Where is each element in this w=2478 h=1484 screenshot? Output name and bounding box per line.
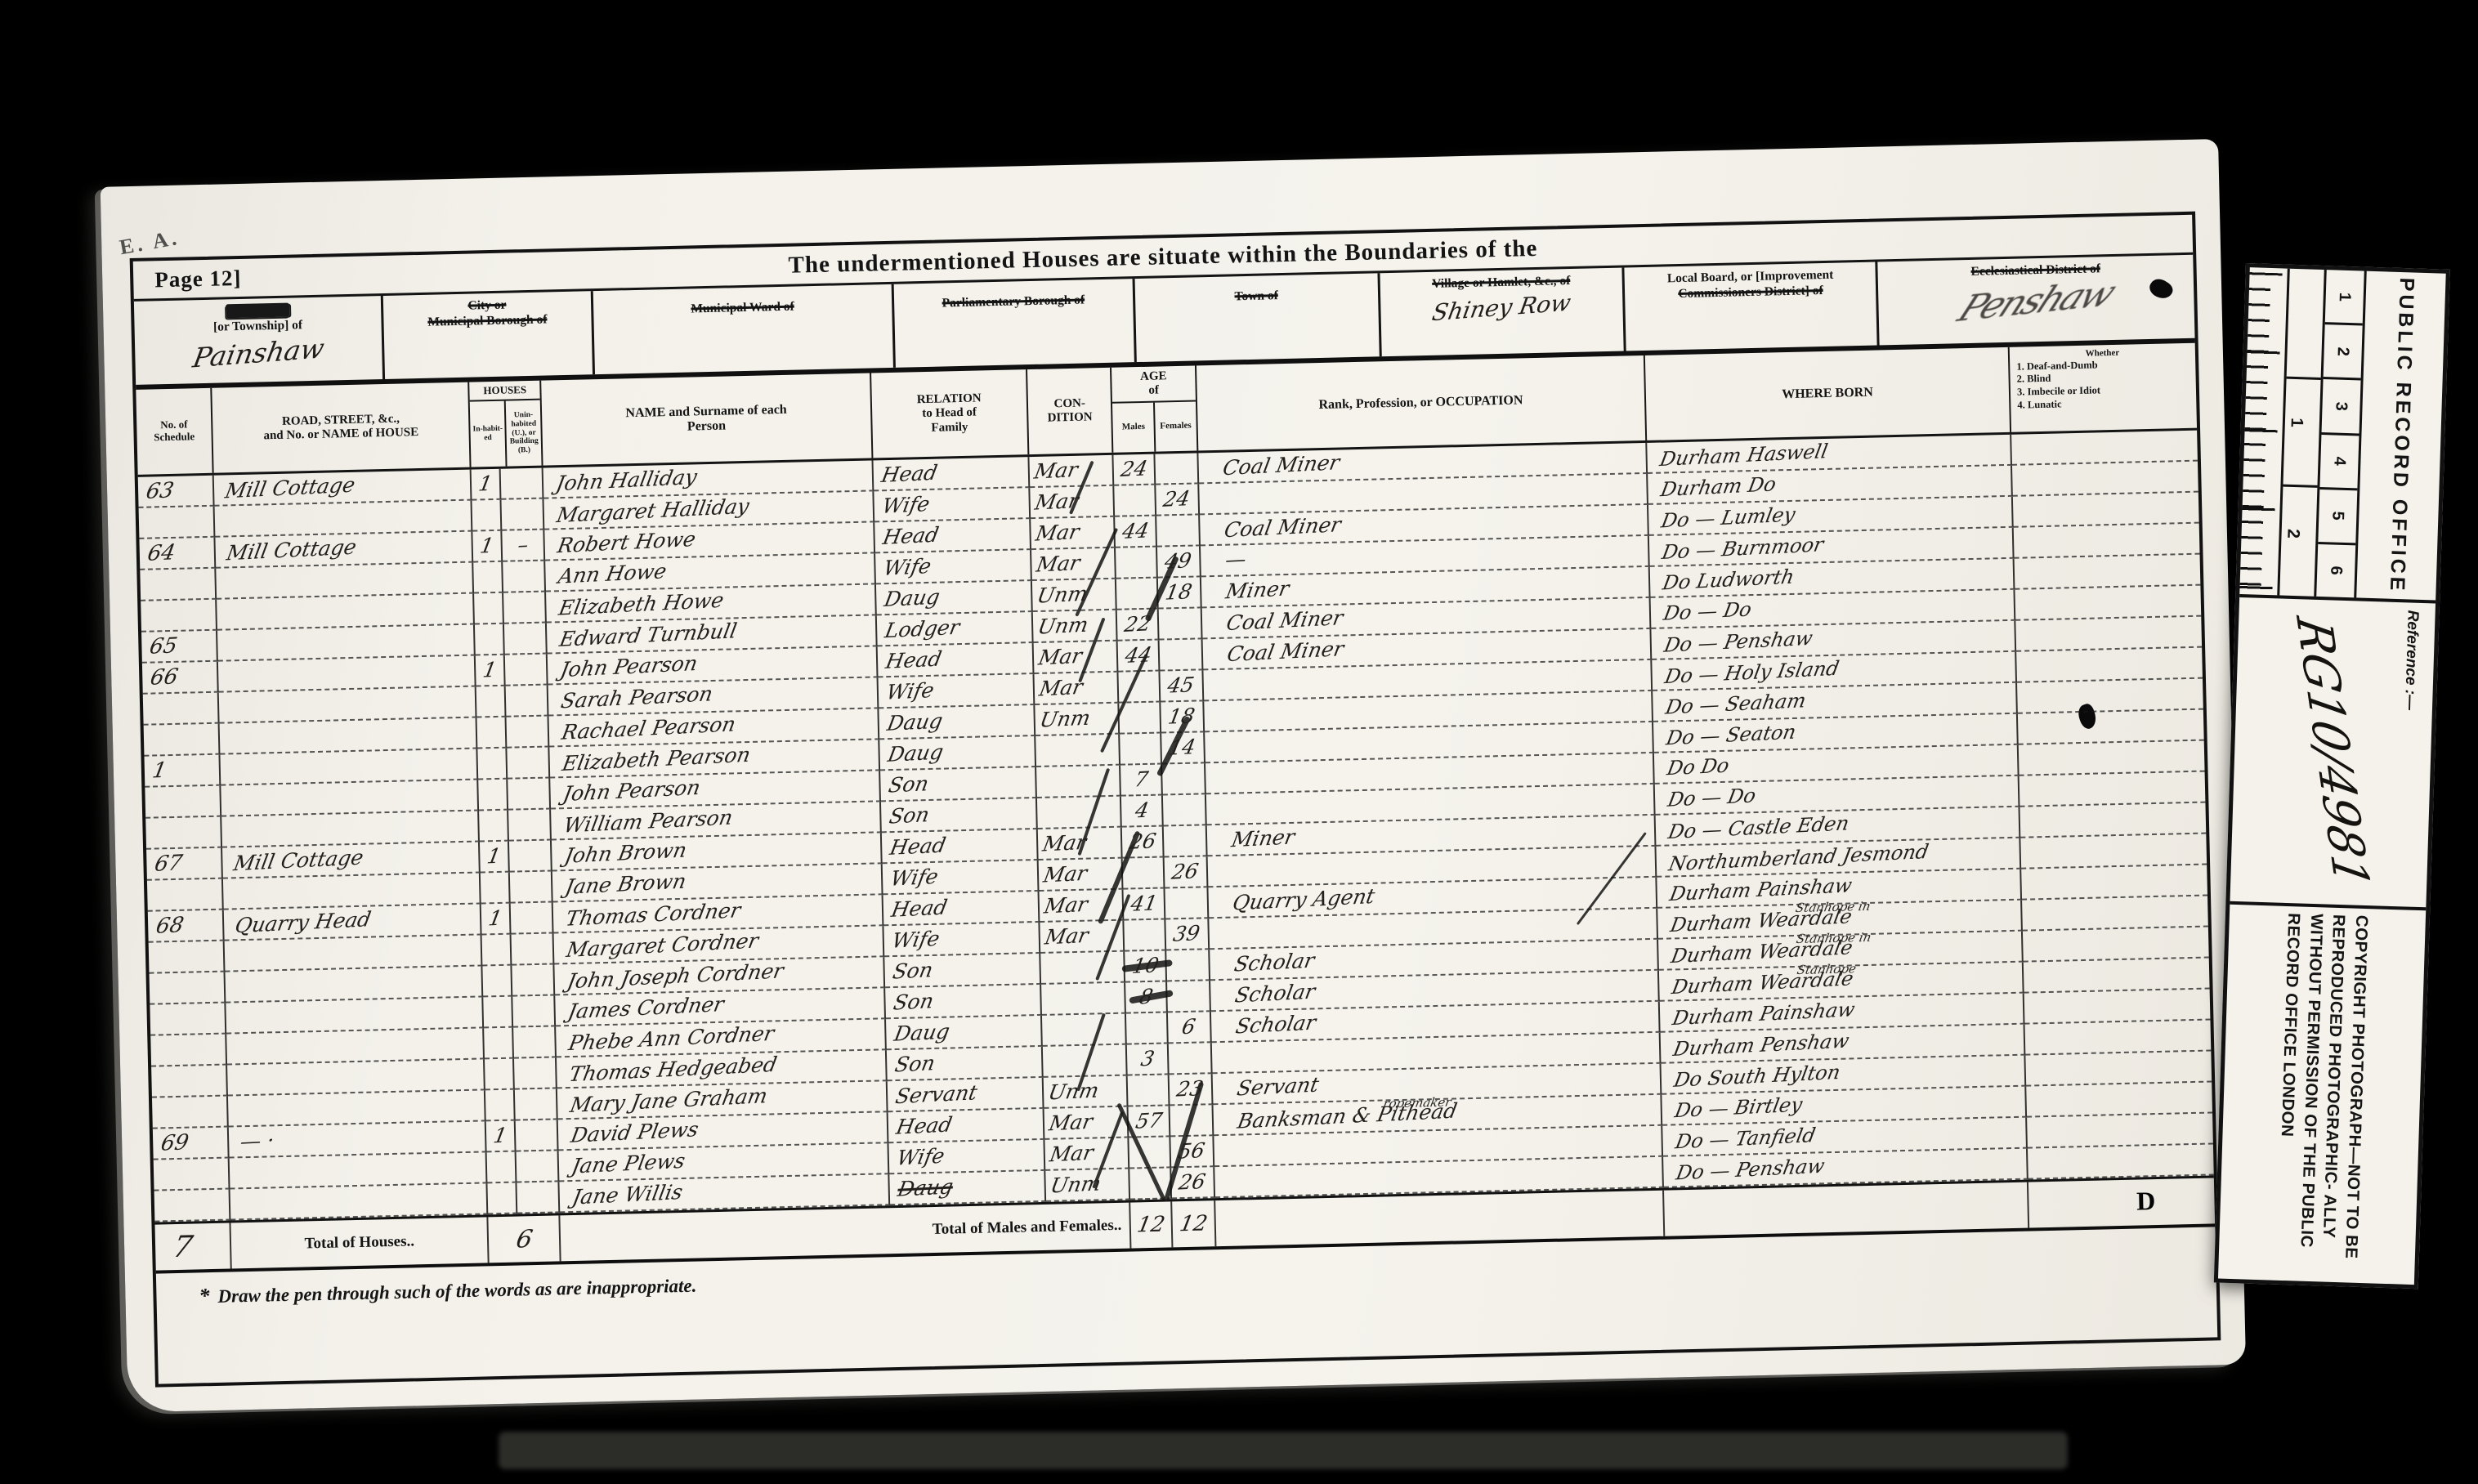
cell-condition: Mar [1030,455,1115,488]
cell-schedule-number [150,972,226,1005]
cell-age-male: 41 [1124,888,1165,920]
struck-label: City or [467,298,506,313]
cell-disability [2016,648,2203,683]
reference-section: Reference :— RG10/4981 [2230,597,2436,910]
cell-condition: Mar [1045,1138,1130,1171]
cell-uninhabited [517,1182,561,1214]
cell-age-male [1119,672,1161,704]
cell-uninhabited [515,1120,559,1151]
cell-disability [2015,555,2201,590]
header-box-parliamentary-borough: Parliamentary Borough of [893,279,1136,368]
cell-schedule-number [152,1097,229,1129]
cell-disability [2017,679,2203,714]
col-label: Schedule [154,431,195,444]
cell-disability [2020,803,2207,838]
cell-relation: Head [881,829,1038,864]
cell-disability [2013,493,2199,528]
reference-label: Reference :— [2398,610,2421,774]
cell-inhabited: 1 [476,655,505,687]
cell-age-female: 26 [1171,1167,1215,1199]
cell-relation: Servant [887,1078,1044,1112]
cell-disability [2022,896,2208,932]
cell-age-male: 22 [1117,610,1159,641]
cell-age-female [1170,1105,1214,1137]
cell-age-male: 4 [1121,796,1163,828]
cell-age-female [1167,981,1211,1012]
cell-uninhabited [512,995,557,1027]
cell-age-female: 56 [1170,1136,1214,1168]
cell-age-female [1156,515,1201,547]
totals-males-value: 12 [1131,1201,1174,1248]
cell-disability [2020,772,2206,807]
cell-disability [2018,710,2204,745]
struck-label: Municipal Borough of [427,312,547,329]
scan-edge-band [499,1432,2068,1469]
cell-age-male: 10 [1125,950,1167,982]
cell-disability [2028,1144,2214,1179]
cell-age-female: 39 [1165,919,1210,950]
col-header-where-born: WHERE BORN [1645,347,2011,440]
cell-schedule-number [140,569,217,601]
cell-age-male: 24 [1114,454,1156,486]
col-header-houses-group: HOUSES In-habit-ed Unin-habited (U.), or… [469,381,543,467]
cell-schedule-number: 65 [141,631,218,664]
cell-condition: Unm [1044,1076,1129,1109]
cell-condition: Unm [1033,610,1118,643]
header-box-local-board: Local Board, or [Improvement Commissione… [1625,261,1880,351]
cell-relation: Son [886,1047,1043,1081]
cell-uninhabited [507,748,551,780]
cell-age-male [1123,857,1165,889]
header-label: [or Township] of [213,318,302,333]
cell-uninhabited [500,468,544,500]
cell-uninhabited [505,686,549,717]
cell-uninhabited [504,655,548,686]
cell-relation: Son [885,985,1042,1019]
d-ink-mark: D [2136,1186,2156,1217]
inch-number: 1 [2287,418,2306,427]
col-header-occupation: Rank, Profession, or OCCUPATION [1197,355,1648,450]
col-label: CON- [1053,396,1085,411]
col-header-uninhabited: Unin-habited (U.), or Building (B.) [506,400,542,467]
cell-age-female: 24 [1156,484,1200,516]
cell-relation: Wife [882,860,1039,895]
cell-disability [2015,586,2202,621]
cell-uninhabited [514,1057,558,1089]
cell-inhabited [477,717,507,749]
cell-inhabited [488,1183,517,1215]
cell-age-male: 7 [1120,765,1162,797]
cell-uninhabited [503,592,548,624]
cell-uninhabited [511,933,555,965]
col-header-name: NAME and Surname of each Person [542,373,873,465]
cell-inhabited [485,1090,515,1122]
cm-cell: 3 [2321,379,2360,436]
pro-office-label: PUBLIC RECORD OFFICE [2384,276,2418,596]
cell-condition [1037,797,1122,829]
totals-blank-born [1664,1182,2029,1236]
ink-blob [2146,275,2176,303]
cm-cell: 1 [2325,270,2364,326]
cell-age-male [1129,1137,1171,1169]
cell-disability [2023,927,2209,963]
cell-age-female: 14 [1161,732,1205,764]
cell-uninhabited [508,809,552,841]
col-header-age-group: AGE of Males Females [1112,365,1198,452]
totals-females-value: 12 [1172,1200,1216,1247]
cell-age-male: 57 [1129,1106,1170,1138]
cell-condition: Mar [1039,859,1124,892]
inch-divider [2287,377,2321,380]
cell-inhabited: 1 [472,469,501,501]
cell-relation: Son [884,954,1041,988]
cell-disability [2019,741,2205,776]
cell-uninhabited [508,778,552,810]
cell-disability [2025,1020,2212,1055]
cell-age-female: 23 [1169,1074,1213,1106]
cell-age-male [1128,1075,1170,1106]
cell-relation: Wife [878,674,1035,708]
cell-relation: Son [881,798,1038,833]
cell-uninhabited [508,840,552,872]
pro-office-label-column: PUBLIC RECORD OFFICE [2354,271,2446,601]
cell-disability [2026,1082,2212,1117]
cell-inhabited [475,624,504,656]
col-label: WHERE BORN [1782,385,1873,402]
cell-schedule-number: 1 [144,755,221,788]
cell-age-male: 26 [1122,826,1164,858]
cell-uninhabited [514,1088,558,1120]
cell-relation: Wife [883,923,1040,957]
cell-condition [1040,952,1125,985]
cell-age-female: 49 [1157,546,1201,578]
cell-schedule-number [144,724,221,757]
parish-handwritten-value: Painshaw [190,333,327,374]
cell-condition [1043,1045,1128,1078]
struck-label: Civil Parish [226,303,290,319]
cell-uninhabited: – [502,530,546,562]
col-header-condition: CON- DITION [1027,368,1114,454]
cell-disability [2021,865,2207,901]
col-label: to Head of [922,406,977,422]
cell-schedule-number: 67 [146,848,223,881]
cell-inhabited [474,593,503,625]
inch-number: 2 [2283,529,2302,539]
cell-uninhabited [503,624,548,655]
cell-inhabited [478,780,508,811]
cell-uninhabited [510,902,554,934]
cell-relation: Wife [888,1140,1045,1174]
cm-cell: 2 [2324,324,2363,381]
cell-age-male: 3 [1127,1044,1169,1075]
cell-inhabited [476,686,506,718]
cell-inhabited: 1 [480,842,509,874]
col-label: of [1148,384,1159,399]
cell-condition: Mar [1040,921,1125,954]
cell-relation: Head [888,1109,1044,1143]
cell-inhabited: 1 [486,1121,516,1153]
col-label: Whether [2086,348,2120,360]
col-label: 1. Deaf-and-Dumb [2016,359,2100,373]
cell-schedule-number [154,1190,231,1223]
cell-condition: Unm [1032,579,1117,612]
col-label: and No. or NAME of HOUSE [263,426,418,444]
cell-schedule-number [139,507,216,539]
cell-schedule-number [147,879,224,912]
cell-uninhabited [512,964,556,996]
inch-divider [2283,485,2317,488]
header-box-ecclesiastical-district: Ecclesiastical District of Penshaw [1878,255,2195,346]
cell-relation: Head [873,457,1030,491]
col-label: 4. Lunatic [2017,397,2100,412]
cell-age-female [1169,1043,1213,1075]
cell-uninhabited [503,561,547,593]
col-label: Person [687,419,727,435]
page-number-label: Page 12] [154,265,242,292]
cell-inhabited [481,873,510,905]
cell-schedule-number [149,941,226,974]
totals-schedule-count: 7 [154,1223,231,1271]
cell-inhabited [484,997,513,1029]
col-label: HOUSES [483,384,526,397]
cell-inhabited [473,562,503,594]
cell-relation: Daug [879,705,1035,740]
cell-disability [2012,462,2198,497]
cell-inhabited: 1 [473,531,503,563]
cell-condition [1035,735,1120,767]
cell-age-male [1116,548,1157,579]
footnote-asterisk: * [199,1284,210,1307]
reference-handwritten-value: RG10/4981 [2284,614,2381,892]
cell-condition [1042,1014,1127,1047]
col-header-inhabited: In-habit-ed [470,401,508,467]
cell-uninhabited [506,717,550,749]
cell-age-female [1162,763,1206,795]
cell-condition: Unm [1035,704,1120,736]
cell-relation: Son [880,767,1037,802]
col-label: RELATION [917,392,982,408]
cell-disability [2024,959,2210,994]
col-label: Family [931,420,968,435]
cell-schedule-number: 66 [142,662,219,695]
cell-relation: Wife [875,550,1032,584]
cell-condition [1036,766,1121,798]
cell-age-male: 44 [1118,641,1160,673]
header-box-civil-parish: Civil Parish [or Township] of Painshaw [134,296,385,385]
cell-inhabited [482,935,512,967]
cell-age-female [1159,608,1203,640]
cell-age-female [1155,453,1199,485]
struck-label: Town of [1234,288,1278,303]
col-header-road: ROAD, STREET, &c., and No. or NAME of HO… [212,382,472,473]
cell-age-female: 18 [1161,701,1205,733]
col-label: Rank, Profession, or OCCUPATION [1318,393,1523,413]
cell-schedule-number [141,600,217,632]
cell-disability [2011,431,2198,466]
cell-age-female [1159,639,1203,671]
cell-age-female: 45 [1160,670,1204,702]
cell-inhabited [483,966,512,998]
cell-age-male: 8 [1126,981,1168,1013]
cell-disability [2027,1113,2213,1148]
copyright-text: COPYRIGHT PHOTOGRAPH—NOT TO BE REPRODUCE… [2271,912,2373,1266]
cell-age-male [1125,919,1166,951]
totals-houses-label: Total of Houses.. [231,1217,490,1268]
header-box-town: Town of [1134,273,1381,362]
cell-inhabited [472,500,502,532]
struck-label: Village or Hamlet, &c., of [1432,274,1571,291]
cell-age-male [1126,1012,1168,1044]
col-label: DITION [1047,410,1092,425]
cell-age-male [1120,734,1162,766]
totals-blank-occupation [1215,1191,1665,1246]
cell-schedule-number: 63 [138,476,215,508]
cell-age-female: 18 [1158,577,1202,609]
totals-houses-value: 6 [489,1215,561,1263]
cell-age-female [1163,794,1207,826]
struck-label: Commissioners District] of [1678,284,1823,301]
copyright-section: COPYRIGHT PHOTOGRAPH—NOT TO BE REPRODUCE… [2218,905,2426,1274]
col-header-schedule: No. of Schedule [136,388,214,475]
cell-inhabited [484,1028,513,1060]
cm-cell: 4 [2319,435,2359,491]
cell-age-female [1166,950,1210,981]
struck-label: Municipal Ward of [691,300,794,316]
col-header-males: Males [1112,402,1156,453]
cell-disability [2014,524,2200,559]
cell-age-female: 6 [1168,1012,1212,1044]
cell-disability [2024,990,2211,1025]
census-sheet-border: Page 12] The undermentioned Houses are s… [130,212,2221,1388]
cm-cell: 6 [2316,544,2355,598]
cell-schedule-number: 69 [153,1128,230,1160]
cell-condition: Mar [1044,1107,1129,1140]
public-record-office-card: 1 2 1 2 3 4 5 6 PUBLIC RECORD OFFICE Ref… [2214,263,2450,1289]
cell-relation: Daug [879,736,1036,771]
col-header-females: Females [1155,401,1197,452]
cell-schedule-number: 68 [148,910,225,943]
cell-relation: Head [874,519,1031,553]
totals-ink-mark: D [2028,1178,2215,1227]
cell-relation: Head [883,892,1040,926]
cell-age-male [1116,579,1158,610]
cell-schedule-number [154,1159,230,1191]
cell-schedule-number: 64 [139,538,216,570]
cell-condition: Mar [1031,517,1116,550]
cell-uninhabited [509,871,553,903]
cell-age-male: 44 [1116,516,1157,548]
cell-relation: Head [877,643,1034,677]
header-box-municipal-ward: Municipal Ward of [593,284,896,374]
cell-age-male [1115,485,1156,517]
col-header-disability: Whether 1. Deaf-and-Dumb 2. Blind 3. Imb… [2010,343,2197,432]
cell-condition: Mar [1040,890,1125,923]
cell-inhabited [485,1059,514,1091]
cell-relation: Lodger [876,612,1033,646]
col-label: AGE [1140,369,1167,384]
cell-inhabited [479,811,508,843]
cell-condition: Mar [1030,486,1115,519]
col-label: 3. Imbecile or Idiot [2017,384,2100,399]
cell-age-male [1120,703,1161,735]
cell-age-female [1165,887,1209,919]
ruler-section: 1 2 1 2 3 4 5 6 PUBLIC RECORD OFFICE [2239,267,2446,603]
col-header-relation: RELATION to Head of Family [871,369,1030,458]
cell-disability [2025,1051,2212,1086]
cell-condition: Mar [1034,641,1119,674]
cell-age-male [1130,1168,1172,1200]
table-body: 63 Mill Cottage 1 John Halliday Head Mar… [138,431,2214,1223]
cell-age-female: 26 [1164,856,1208,888]
cell-schedule-number [145,817,222,850]
ecclesiastical-handwritten-scrawl: Penshaw [1952,272,2121,330]
cell-condition [1041,983,1126,1016]
cell-age-female [1164,825,1208,857]
cell-uninhabited [501,499,545,531]
cell-road-house [230,1183,489,1220]
cell-condition: Mar [1038,828,1123,860]
cell-inhabited [487,1152,517,1184]
cell-schedule-number [145,786,221,819]
cell-schedule-number [150,1003,226,1036]
cell-disability [2015,617,2202,652]
cell-condition: Mar [1031,548,1116,581]
cell-inhabited: 1 [481,904,511,936]
col-label: NAME and Surname of each [625,402,787,421]
header-box-city-borough: City or Municipal Borough of [383,291,595,379]
cm-cell: 5 [2318,489,2357,546]
cell-schedule-number [150,1035,227,1067]
census-sheet: Page 12] The undermentioned Houses are s… [101,139,2246,1412]
cell-uninhabited [513,1026,557,1058]
cell-relation: Daug [889,1171,1046,1205]
totals-males-females-label: Total of Males and Females.. [561,1203,1132,1262]
cell-inhabited [478,749,508,780]
cell-condition: Mar [1035,673,1120,705]
cell-disability [2020,834,2207,869]
cell-uninhabited [516,1151,560,1182]
struck-label: Parliamentary Borough of [942,293,1085,311]
cell-schedule-number [143,693,220,726]
cell-relation: Wife [874,488,1031,522]
cell-schedule-number [151,1066,228,1098]
cell-condition: Unm [1045,1169,1130,1202]
village-handwritten-value: Shiney Row [1430,288,1573,326]
cell-relation: Daug [876,581,1033,615]
header-box-village: Village or Hamlet, &c., of Shiney Row [1380,268,1626,357]
cell-relation: Daug [886,1016,1043,1050]
ruler-large-ticks [2239,272,2282,590]
